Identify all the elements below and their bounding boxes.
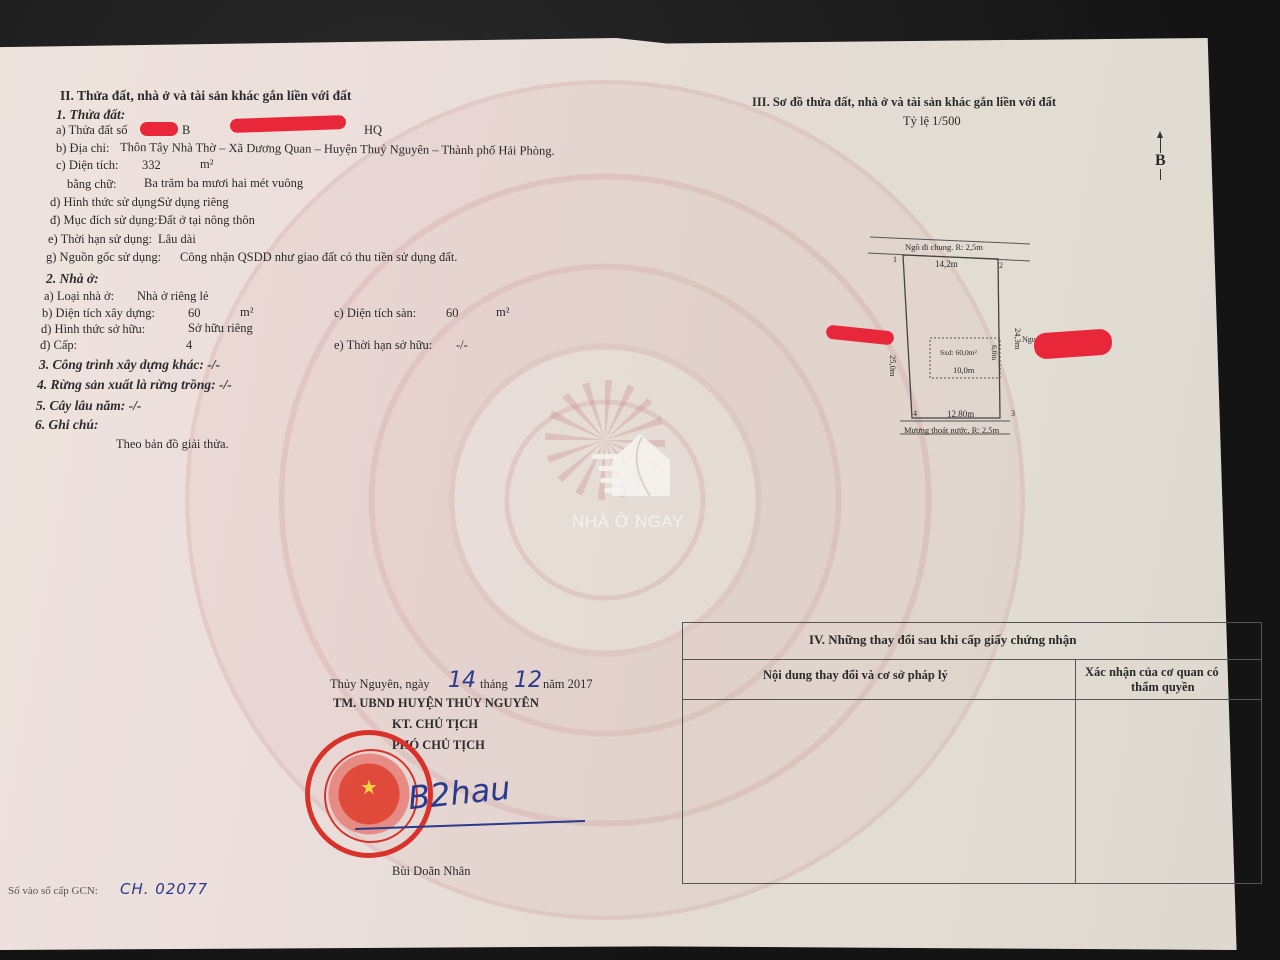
registry-value: CH. 02077	[120, 880, 208, 898]
scale-label: Tỷ lệ 1/500	[903, 115, 961, 128]
built-area-unit: m²	[240, 306, 253, 319]
corner-2: 2	[999, 262, 1003, 270]
top-edge-label: 14,2m	[935, 260, 958, 269]
section2-title: II. Thửa đất, nhà ở và tài sản khác gắn …	[60, 89, 351, 103]
registry-label: Số vào sổ cấp GCN:	[8, 886, 98, 897]
corner-4: 4	[913, 410, 917, 418]
corner-3: 3	[1011, 410, 1015, 418]
ownership-label: d) Hình thức sở hữu:	[41, 323, 145, 336]
floor-area-unit: m²	[496, 306, 509, 319]
top-road-label: Ngõ đi chung. R: 2,5m	[905, 243, 983, 252]
use-form-label: d) Hình thức sử dụng:	[50, 196, 160, 209]
left-edge-label: 25,0m	[889, 355, 898, 377]
house-speed-icon	[590, 432, 670, 502]
house-depth-label: 6,0m	[991, 345, 999, 360]
map-suffix: HQ	[364, 124, 382, 137]
redaction-parcel-number	[140, 122, 178, 136]
house-type-value: Nhà ở riêng lẻ	[137, 290, 209, 303]
year-label: năm 2017	[543, 678, 593, 691]
floor-area-label: c) Diện tích sàn:	[334, 307, 416, 320]
signer-name: Bùi Doãn Nhân	[392, 865, 470, 878]
star-icon: ★	[360, 775, 378, 800]
col-content-header: Nội dung thay đổi và cơ sở pháp lý	[763, 669, 948, 682]
section3-title: III. Sơ đồ thửa đất, nhà ở và tài sản kh…	[752, 96, 1056, 109]
col-confirm-header-line2: thẩm quyền	[1131, 681, 1195, 694]
section4-title: IV. Những thay đổi sau khi cấp giấy chứn…	[809, 633, 1077, 646]
notes-value: Theo bản đồ giải thửa.	[116, 438, 229, 451]
right-edge-label: 24,3m	[1014, 328, 1023, 350]
house-area-label: Sxd: 60,0m²	[940, 349, 977, 357]
parcel-suffix: B	[182, 124, 190, 137]
own-term-label: e) Thời hạn sở hữu:	[334, 339, 432, 352]
term-label: e) Thời hạn sử dụng:	[48, 233, 152, 246]
changes-table-column-headers: Nội dung thay đổi và cơ sở pháp lý Xác n…	[683, 659, 1261, 700]
perennial: 5. Cây lâu năm: -/-	[36, 399, 141, 413]
term-value: Lâu dài	[158, 233, 196, 246]
area-value: 332	[142, 159, 161, 172]
purpose-value: Đất ở tại nông thôn	[158, 214, 255, 227]
notes-heading: 6. Ghi chú:	[35, 418, 98, 432]
built-area-value: 60	[188, 307, 201, 320]
grade-value: 4	[186, 339, 192, 352]
column-divider	[1075, 659, 1076, 883]
origin-value: Công nhận QSDD như giao đất có thu tiền …	[180, 251, 457, 264]
area-label: c) Diện tích:	[56, 159, 118, 172]
house-type-label: a) Loại nhà ở:	[44, 290, 114, 303]
forest: 4. Rừng sản xuất là rừng trồng: -/-	[37, 378, 232, 392]
house-heading: 2. Nhà ở:	[46, 272, 99, 286]
grade-label: đ) Cấp:	[40, 339, 77, 352]
col-confirm-header-line1: Xác nhận của cơ quan có	[1085, 666, 1219, 679]
origin-label: g) Nguồn gốc sử dụng:	[46, 251, 161, 264]
changes-table: IV. Những thay đổi sau khi cấp giấy chứn…	[682, 622, 1262, 884]
redaction-right-neighbor	[1033, 328, 1113, 359]
corner-1: 1	[893, 256, 897, 264]
purpose-label: đ) Mục đích sử dụng:	[50, 214, 157, 227]
ownership-value: Sở hữu riêng	[188, 322, 253, 335]
own-term-value: -/-	[456, 339, 468, 352]
house-width-label: 10,0m	[953, 366, 975, 375]
signature-month: 12	[514, 668, 542, 693]
parcel-label: a) Thửa đất số	[56, 124, 127, 137]
built-area-label: b) Diện tích xây dựng:	[42, 307, 155, 320]
bottom-edge-label: 12,80m	[947, 410, 974, 419]
area-words-label: bằng chữ:	[67, 178, 116, 191]
area-unit: m²	[200, 158, 213, 171]
place-date-prefix: Thủy Nguyên, ngày	[330, 678, 430, 691]
use-form-value: Sử dụng riêng	[158, 196, 229, 209]
signature-role1: KT. CHỦ TỊCH	[392, 718, 478, 731]
changes-table-header: IV. Những thay đổi sau khi cấp giấy chứn…	[683, 623, 1261, 660]
month-label: tháng	[480, 678, 508, 691]
bottom-road-label: Mương thoát nước. R: 2,5m	[904, 426, 999, 435]
north-label: B	[1155, 153, 1166, 169]
other-works: 3. Công trình xây dựng khác: -/-	[39, 358, 220, 372]
signature-org: TM. UBND HUYỆN THỦY NGUYÊN	[333, 697, 539, 710]
watermark-text: NHÀ Ở NGAY	[572, 512, 684, 532]
signature-day: 14	[448, 668, 476, 693]
land-heading: 1. Thửa đất:	[56, 108, 125, 122]
address-label: b) Địa chỉ:	[56, 142, 109, 155]
area-words-value: Ba trăm ba mươi hai mét vuông	[144, 177, 303, 190]
floor-area-value: 60	[446, 307, 459, 320]
